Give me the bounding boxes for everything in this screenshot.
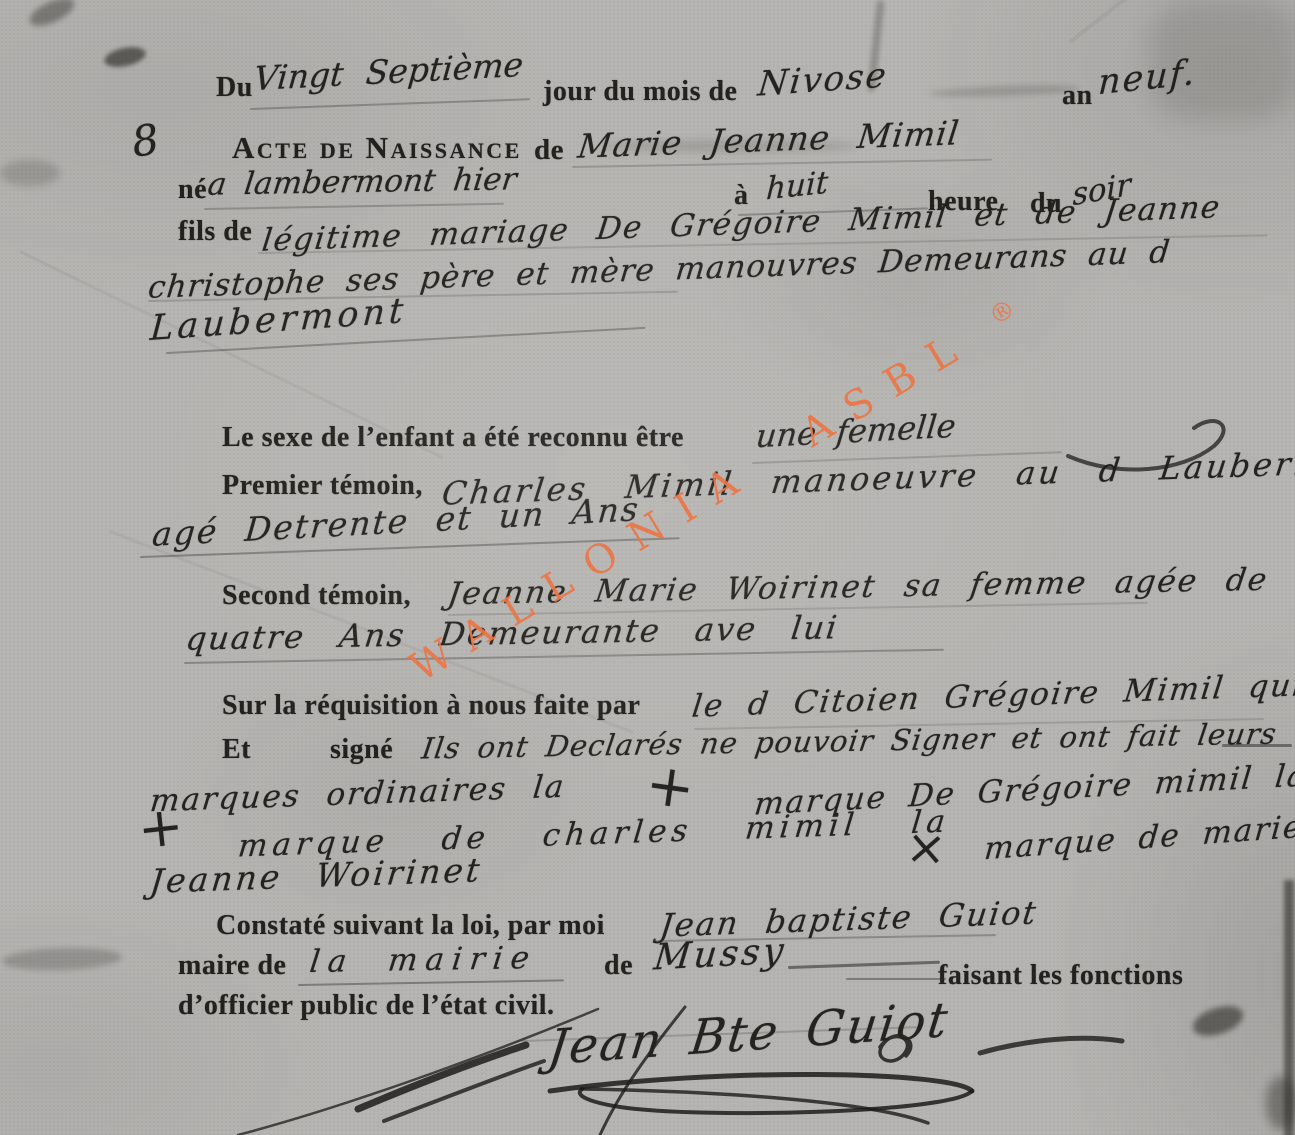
ink-smudge	[26, 0, 78, 31]
hw-marks-line2b: marque de marie	[983, 809, 1295, 868]
hw-hour: huit	[765, 165, 829, 208]
printed-an: an	[1062, 80, 1093, 112]
hw-child-name: Marie Jeanne Mimil	[576, 113, 962, 166]
printed-ne: né	[178, 174, 207, 206]
hw-year: neuf.	[1097, 53, 1197, 104]
witness-mark-cross-3: ×	[904, 819, 948, 878]
printed-premier-temoin: Premier témoin,	[222, 470, 423, 502]
printed-de3: de	[604, 950, 633, 982]
bleedthrough-text	[2, 946, 123, 972]
ink-smudge	[103, 44, 148, 70]
hw-mairie: la mairie	[308, 940, 540, 980]
witness-mark-cross-2: +	[135, 794, 187, 861]
ink-dash	[846, 978, 946, 980]
printed-signe: signé	[330, 734, 393, 766]
registered-trademark-icon: ®	[984, 293, 1020, 331]
printed-requisition: Sur la réquisition à nous faite par	[222, 690, 640, 722]
bleedthrough-text	[0, 160, 60, 186]
printed-jour-du-mois: jour du mois de	[543, 76, 737, 108]
birth-record-scan: Du Vingt Septième jour du mois de Nivose…	[0, 0, 1295, 1135]
printed-du: Du	[216, 72, 253, 104]
ink-smudge	[1189, 1001, 1246, 1042]
printed-fils-de: fils de	[178, 216, 252, 248]
printed-acte-de-naissance: Acte de Naissance	[232, 130, 522, 166]
hw-marks-line1a: marques ordinaires la	[148, 769, 567, 820]
hw-declaration: Ils ont Declarés ne pouvoir Signer et on…	[420, 716, 1280, 765]
printed-acte-de: de	[534, 134, 564, 167]
hw-day: Vingt Septième	[252, 45, 524, 98]
paper-crease	[1069, 0, 1276, 44]
printed-et: Et	[222, 734, 251, 766]
ink-smear	[930, 83, 1080, 98]
pen-swash	[1060, 404, 1270, 494]
hw-requested-by: le d Citoien Grégoire Mimil qui	[690, 667, 1295, 725]
ink-underline	[298, 979, 564, 986]
ink-dash	[1222, 744, 1292, 747]
page-edge-shadow	[1284, 880, 1294, 1135]
form-baseline	[250, 98, 530, 110]
printed-faisant: faisant les fonctions	[938, 960, 1183, 992]
printed-constate: Constaté suivant la loi, par moi	[216, 910, 605, 942]
printed-sexe: Le sexe de l’enfant a été reconnu être	[222, 422, 684, 454]
form-baseline	[204, 203, 504, 210]
ink-dash	[788, 961, 940, 969]
printed-maire-de: maire de	[178, 950, 286, 982]
hw-month: Nivose	[756, 55, 890, 104]
hw-birthplace: a lambermont hier	[206, 161, 519, 202]
margin-act-number: 8	[129, 114, 162, 166]
ink-smudge	[1266, 1076, 1295, 1130]
hw-marks-line3: Jeanne Woirinet	[148, 850, 484, 901]
